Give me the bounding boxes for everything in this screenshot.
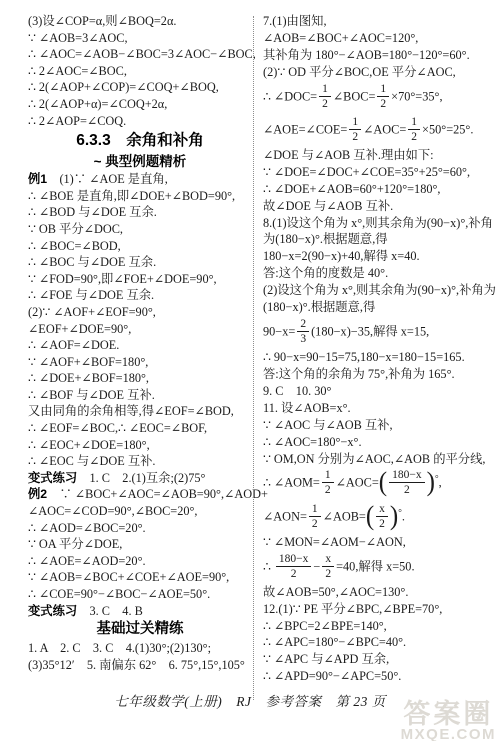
- footer-book-title: 七年级数学(上册): [114, 694, 222, 709]
- answer-line: ∵ ∠AOF+∠BOF=180°,: [28, 354, 252, 371]
- answer-line: 例2 ∵ ∠BOC+∠AOC=∠AOB=90°,∠AOD+: [28, 486, 252, 503]
- answer-line: ∴ 2(∠AOP+α)=∠COQ+2α,: [28, 96, 252, 113]
- answer-key-page: (3)设∠COP=α,则∠BOQ=2α.∵ ∠AOB=3∠AOC,∴ ∠AOC=…: [0, 0, 500, 741]
- answer-line: 9. C 10. 30°: [263, 383, 495, 400]
- answer-line: 变式练习 1. C 2.(1)互余;(2)75°: [28, 470, 252, 487]
- answer-line: ∠EOF+∠DOE=90°,: [28, 321, 252, 338]
- watermark: 答案圈 MXQE.COM: [401, 701, 496, 741]
- answer-line: ∵ OM,ON 分别为∠AOC,∠AOB 的平分线,: [263, 451, 495, 468]
- answer-line: ∴ ∠AOE=∠AOD=20°.: [28, 553, 252, 570]
- answer-line: ∠AOB=∠BOC+∠AOC=120°,: [263, 30, 495, 47]
- answer-line: 1. A 2. C 3. C 4.(1)30°;(2)130°;: [28, 640, 252, 657]
- answer-line: ∴ ∠EOC 与∠DOE 互补.: [28, 453, 252, 470]
- answer-line: 为(180−x)°.根据题意,得: [263, 231, 495, 248]
- answer-line: ∠AON=12∠AOB=(x2)°.: [263, 501, 495, 534]
- answer-line: 其补角为 180°−∠AOB=180°−120°=60°.: [263, 47, 495, 64]
- answer-line: ∴ ∠AOC=180°−x°.: [263, 434, 495, 451]
- answer-line: ∴ 90−x=90−15=75,180−x=180−15=165.: [263, 349, 495, 366]
- subsection-heading-basics: 基础过关精练: [28, 619, 252, 640]
- inline-label: 变式练习: [28, 604, 77, 618]
- footer-page-number: 第 23 页: [336, 694, 386, 709]
- answer-line: 变式练习 3. C 4. B: [28, 603, 252, 620]
- big-paren: ): [390, 503, 398, 530]
- answer-line: ∴ ∠BOC 与∠DOE 互余.: [28, 254, 252, 271]
- answer-line: ∵ ∠AOB=3∠AOC,: [28, 30, 252, 47]
- fraction: x2: [376, 503, 388, 530]
- inline-label: 例1: [28, 172, 47, 186]
- right-column: 7.(1)由图知,∠AOB=∠BOC+∠AOC=120°,其补角为 180°−∠…: [263, 13, 495, 685]
- answer-line: ∠AOC=∠COD=90°,∠BOC=20°,: [28, 503, 252, 520]
- answer-line: ∴ ∠EOC+∠DOE=180°,: [28, 437, 252, 454]
- answer-line: ∠AOE=∠COE=12∠AOC=12×50°=25°.: [263, 114, 495, 147]
- fraction: 12: [408, 116, 420, 143]
- answer-line: ∵ ∠DOE=∠DOC+∠COE=35°+25°=60°,: [263, 164, 495, 181]
- big-paren: (: [379, 469, 387, 496]
- answer-line: 答:这个角的余角为 75°,补角为 165°.: [263, 366, 495, 383]
- answer-line: ∴ ∠APC=180°−∠BPC=40°.: [263, 634, 495, 651]
- answer-line: ∴ ∠BOF 与∠DOE 互补.: [28, 387, 252, 404]
- answer-line: ∵ ∠APC 与∠APD 互余,: [263, 651, 495, 668]
- answer-line: ∴ ∠DOE+∠BOF=180°,: [28, 370, 252, 387]
- fraction: 12: [309, 503, 321, 530]
- answer-line: ∴ ∠BOE 是直角,即∠DOE+∠BOD=90°,: [28, 188, 252, 205]
- answer-line: ∵ ∠AOC 与∠AOB 互补,: [263, 417, 495, 434]
- answer-line: ∴ 2∠AOP=∠COQ.: [28, 113, 252, 130]
- fraction: 12: [319, 83, 331, 110]
- footer-label: 参考答案: [266, 694, 322, 709]
- answer-line: ∴ ∠AOF=∠DOE.: [28, 337, 252, 354]
- answer-line: 例1 (1)∵ ∠AOE 是直角,: [28, 171, 252, 188]
- answer-line: ∴ ∠AOM=12∠AOC=(180−x2)°,: [263, 467, 495, 500]
- answer-line: ∴ ∠APD=90°−∠APC=50°.: [263, 668, 495, 685]
- section-heading: 6.3.3 余角和补角: [28, 129, 252, 152]
- fraction: 12: [349, 116, 361, 143]
- answer-line: 180−x=2(90−x)+40,解得 x=40.: [263, 248, 495, 265]
- subsection-heading-examples: ~ 典型例题精析: [28, 152, 252, 171]
- answer-line: ∴ 180−x2−x2=40,解得 x=50.: [263, 551, 495, 584]
- answer-line: (180−x)°.根据题意,得: [263, 299, 495, 316]
- fraction: 180−x2: [276, 553, 312, 580]
- answer-line: ∵ OB 平分∠DOC,: [28, 221, 252, 238]
- footer-edition: RJ: [236, 694, 251, 709]
- left-column: (3)设∠COP=α,则∠BOQ=2α.∵ ∠AOB=3∠AOC,∴ ∠AOC=…: [28, 13, 252, 673]
- answer-line: 7.(1)由图知,: [263, 13, 495, 30]
- answer-line: 答:这个角的度数是 40°.: [263, 265, 495, 282]
- answer-line: ∵ ∠MON=∠AOM−∠AON,: [263, 534, 495, 551]
- answer-line: (3)35°12′ 5. 南偏东 62° 6. 75°,15°,105°: [28, 657, 252, 674]
- answer-line: ∴ 2(∠AOP+∠COP)=∠COQ+∠BOQ,: [28, 79, 252, 96]
- answer-line: 故∠DOE 与∠AOB 互补.: [263, 198, 495, 215]
- answer-line: ∴ ∠FOE 与∠DOE 互余.: [28, 287, 252, 304]
- answer-line: 12.(1)∵ PE 平分∠BPC,∠BPE=70°,: [263, 601, 495, 618]
- inline-label: 例2: [28, 487, 47, 501]
- answer-line: ∴ ∠BPC=2∠BPE=140°,: [263, 618, 495, 635]
- inline-label: 变式练习: [28, 471, 77, 485]
- answer-line: 90−x=23(180−x)−35,解得 x=15,: [263, 316, 495, 349]
- answer-line: (2)∵ OD 平分∠BOC,OE 平分∠AOC,: [263, 64, 495, 81]
- answer-line: 8.(1)设这个角为 x°,则其余角为(90−x)°,补角: [263, 215, 495, 232]
- fraction: 23: [297, 318, 309, 345]
- watermark-site: MXQE.COM: [401, 727, 496, 741]
- answer-line: 11. 设∠AOB=x°.: [263, 400, 495, 417]
- answer-line: ∠DOE 与∠AOB 互补.理由如下:: [263, 147, 495, 164]
- column-divider: [253, 16, 254, 700]
- big-paren: ): [427, 469, 435, 496]
- fraction: 180−x2: [389, 469, 425, 496]
- answer-line: ∵ OA 平分∠DOE,: [28, 536, 252, 553]
- watermark-logo: 答案圈: [401, 701, 496, 727]
- answer-line: ∴ ∠BOD 与∠DOE 互余.: [28, 204, 252, 221]
- fraction: 12: [377, 83, 389, 110]
- fraction: x2: [322, 553, 334, 580]
- answer-line: ∵ ∠FOD=90°,即∠FOE+∠DOE=90°,: [28, 271, 252, 288]
- answer-line: ∴ ∠AOC=∠AOB−∠BOC=3∠AOC−∠BOC,: [28, 46, 252, 63]
- answer-line: ∴ ∠DOC=12∠BOC=12×70°=35°,: [263, 81, 495, 114]
- answer-line: ∴ ∠DOE+∠AOB=60°+120°=180°,: [263, 181, 495, 198]
- answer-line: (2)∵ ∠AOF+∠EOF=90°,: [28, 304, 252, 321]
- answer-line: ∵ ∠AOB=∠BOC+∠COE+∠AOE=90°,: [28, 569, 252, 586]
- answer-line: (2)设这个角为 x°,则其余角为(90−x)°,补角为: [263, 282, 495, 299]
- answer-line: 故∠AOB=50°,∠AOC=130°.: [263, 584, 495, 601]
- answer-line: ∴ ∠COE=90°−∠BOC−∠AOE=50°.: [28, 586, 252, 603]
- answer-line: (3)设∠COP=α,则∠BOQ=2α.: [28, 13, 252, 30]
- fraction: 12: [322, 469, 334, 496]
- big-paren: (: [366, 503, 374, 530]
- answer-line: ∴ ∠EOF=∠BOC,∴ ∠EOC=∠BOF,: [28, 420, 252, 437]
- answer-line: ∴ ∠AOD=∠BOC=20°.: [28, 520, 252, 537]
- answer-line: ∴ ∠BOC=∠BOD,: [28, 238, 252, 255]
- answer-line: ∴ 2∠AOC=∠BOC,: [28, 63, 252, 80]
- answer-line: 又由同角的余角相等,得∠EOF=∠BOD,: [28, 403, 252, 420]
